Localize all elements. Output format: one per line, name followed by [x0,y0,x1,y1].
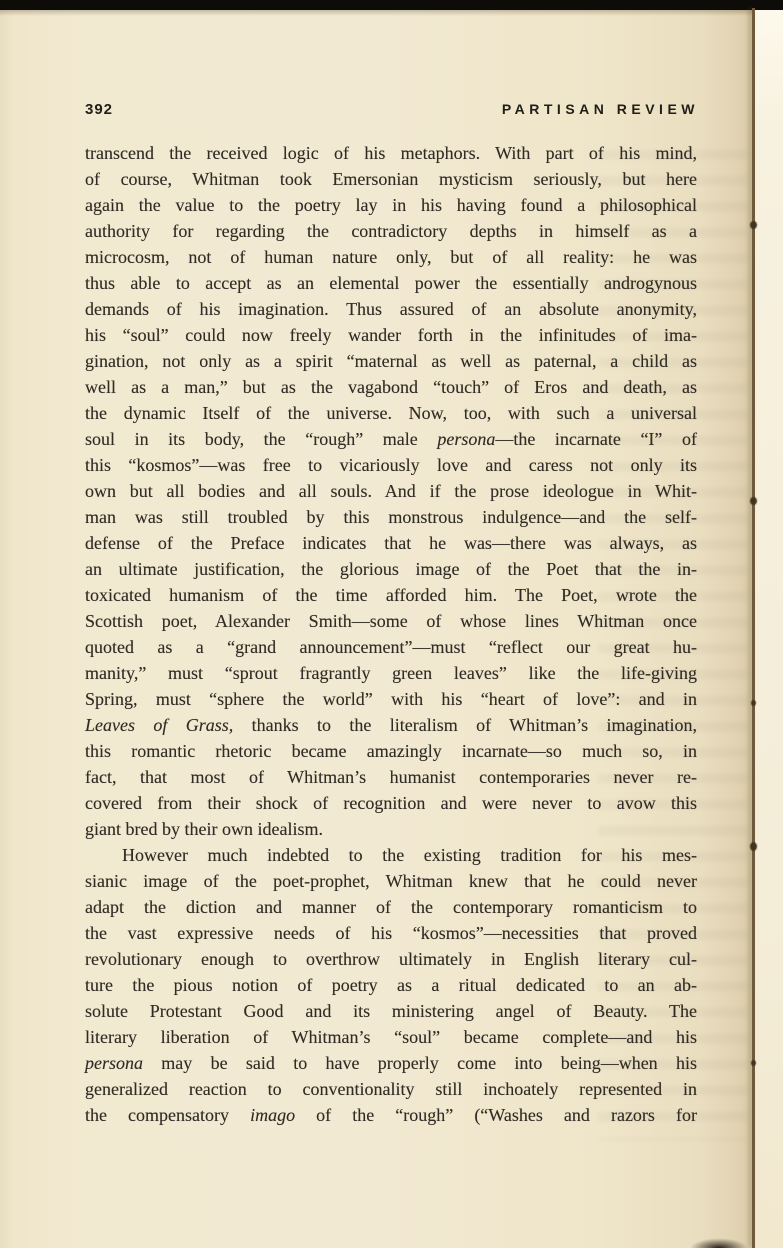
text-line: literary liberation of Whitman’s “soul” … [85,1024,697,1050]
text-line: persona may be said to have properly com… [85,1050,697,1076]
text-line: Scottish poet, Alexander Smith—some of w… [85,608,697,634]
text-line: adapt the diction and manner of the cont… [85,894,697,920]
text-line: thus able to accept as an elemental powe… [85,270,697,296]
text-block: transcend the received logic of his meta… [85,140,697,1128]
text-line: quoted as a “grand announcement”—must “r… [85,634,697,660]
text-line: the dynamic Itself of the universe. Now,… [85,400,697,426]
text-line: authority for regarding the contradictor… [85,218,697,244]
page-number: 392 [85,101,113,118]
text-line: this “kosmos”—was free to vicariously lo… [85,452,697,478]
text-line: soul in its body, the “rough” male perso… [85,426,697,452]
text-line: transcend the received logic of his meta… [85,140,697,166]
text-line: giant bred by their own idealism. [85,816,697,842]
text-line: generalized reaction to conventionality … [85,1076,697,1102]
text-line: solute Protestant Good and its ministeri… [85,998,697,1024]
text-line: defense of the Preface indicates that he… [85,530,697,556]
next-page-edge-strip [755,10,783,1248]
text-line: revolutionary enough to overthrow ultima… [85,946,697,972]
ink-speck [751,700,756,706]
text-line: an ultimate justification, the glorious … [85,556,697,582]
text-line: fact, that most of Whitman’s humanist co… [85,764,697,790]
text-line: again the value to the poetry lay in his… [85,192,697,218]
text-line: manity,” must “sprout fragrantly green l… [85,660,697,686]
text-line: well as a man,” but as the vagabond “tou… [85,374,697,400]
text-line: sianic image of the poet-prophet, Whitma… [85,868,697,894]
text-line: demands of his imagination. Thus assured… [85,296,697,322]
scan-top-edge [0,0,783,10]
text-line: However much indebted to the existing tr… [85,842,697,868]
page-header: 392 PARTISAN REVIEW [85,101,699,118]
text-line: gination, not only as a spirit “maternal… [85,348,697,374]
text-line: microcosm, not of human nature only, but… [85,244,697,270]
text-line: of course, Whitman took Emersonian mysti… [85,166,697,192]
scanned-page: 392 PARTISAN REVIEW transcend the receiv… [0,0,783,1248]
ink-speck [750,842,757,851]
text-line: the compensatory imago of the “rough” (“… [85,1102,697,1128]
journal-title: PARTISAN REVIEW [502,101,699,117]
text-line: covered from their shock of recognition … [85,790,697,816]
text-line: man was still troubled by this monstrous… [85,504,697,530]
text-line: own but all bodies and all souls. And if… [85,478,697,504]
text-line: his “soul” could now freely wander forth… [85,322,697,348]
text-line: the vast expressive needs of his “kosmos… [85,920,697,946]
text-line: ture the pious notion of poetry as a rit… [85,972,697,998]
ink-speck [750,221,757,229]
ink-speck [750,497,757,505]
text-line: Spring, must “sphere the world” with his… [85,686,697,712]
corner-smudge [684,1235,754,1248]
ink-speck [751,1060,756,1066]
text-line: Leaves of Grass, thanks to the literalis… [85,712,697,738]
text-line: this romantic rhetoric became amazingly … [85,738,697,764]
text-line: toxicated humanism of the time afforded … [85,582,697,608]
